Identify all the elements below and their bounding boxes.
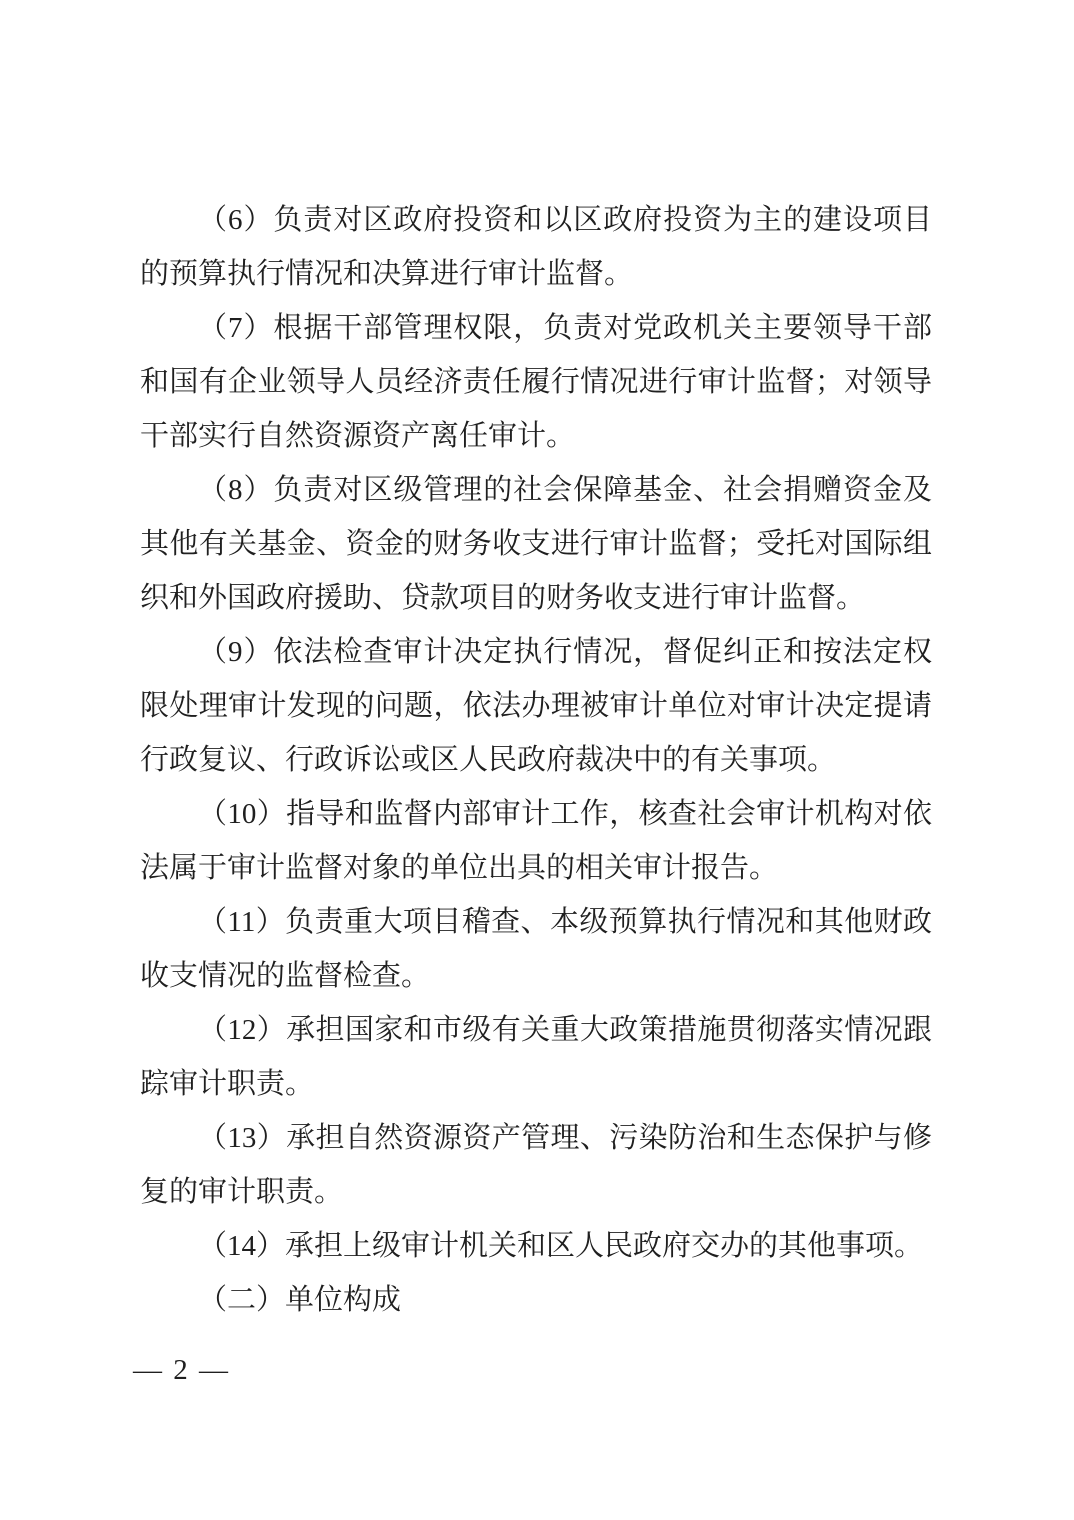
paragraph-item-11: （11）负责重大项目稽查、本级预算执行情况和其他财政收支情况的监督检查。 [140, 895, 932, 1003]
paragraph-item-14: （14）承担上级审计机关和区人民政府交办的其他事项。 [140, 1219, 932, 1273]
paragraph-item-7: （7）根据干部管理权限，负责对党政机关主要领导干部和国有企业领导人员经济责任履行… [140, 301, 932, 463]
paragraph-item-6: （6）负责对区政府投资和以区政府投资为主的建设项目的预算执行情况和决算进行审计监… [140, 193, 932, 301]
paragraph-item-9: （9）依法检查审计决定执行情况，督促纠正和按法定权限处理审计发现的问题，依法办理… [140, 625, 932, 787]
paragraph-item-12: （12）承担国家和市级有关重大政策措施贯彻落实情况跟踪审计职责。 [140, 1003, 932, 1111]
document-body: （6）负责对区政府投资和以区政府投资为主的建设项目的预算执行情况和决算进行审计监… [140, 193, 932, 1327]
paragraph-item-13: （13）承担自然资源资产管理、污染防治和生态保护与修复的审计职责。 [140, 1111, 932, 1219]
paragraph-item-10: （10）指导和监督内部审计工作，核查社会审计机构对依法属于审计监督对象的单位出具… [140, 787, 932, 895]
page-number: — 2 — [133, 1348, 230, 1392]
paragraph-item-8: （8）负责对区级管理的社会保障基金、社会捐赠资金及其他有关基金、资金的财务收支进… [140, 463, 932, 625]
section-heading-unit-composition: （二）单位构成 [140, 1273, 932, 1327]
document-page: （6）负责对区政府投资和以区政府投资为主的建设项目的预算执行情况和决算进行审计监… [0, 0, 1074, 1520]
